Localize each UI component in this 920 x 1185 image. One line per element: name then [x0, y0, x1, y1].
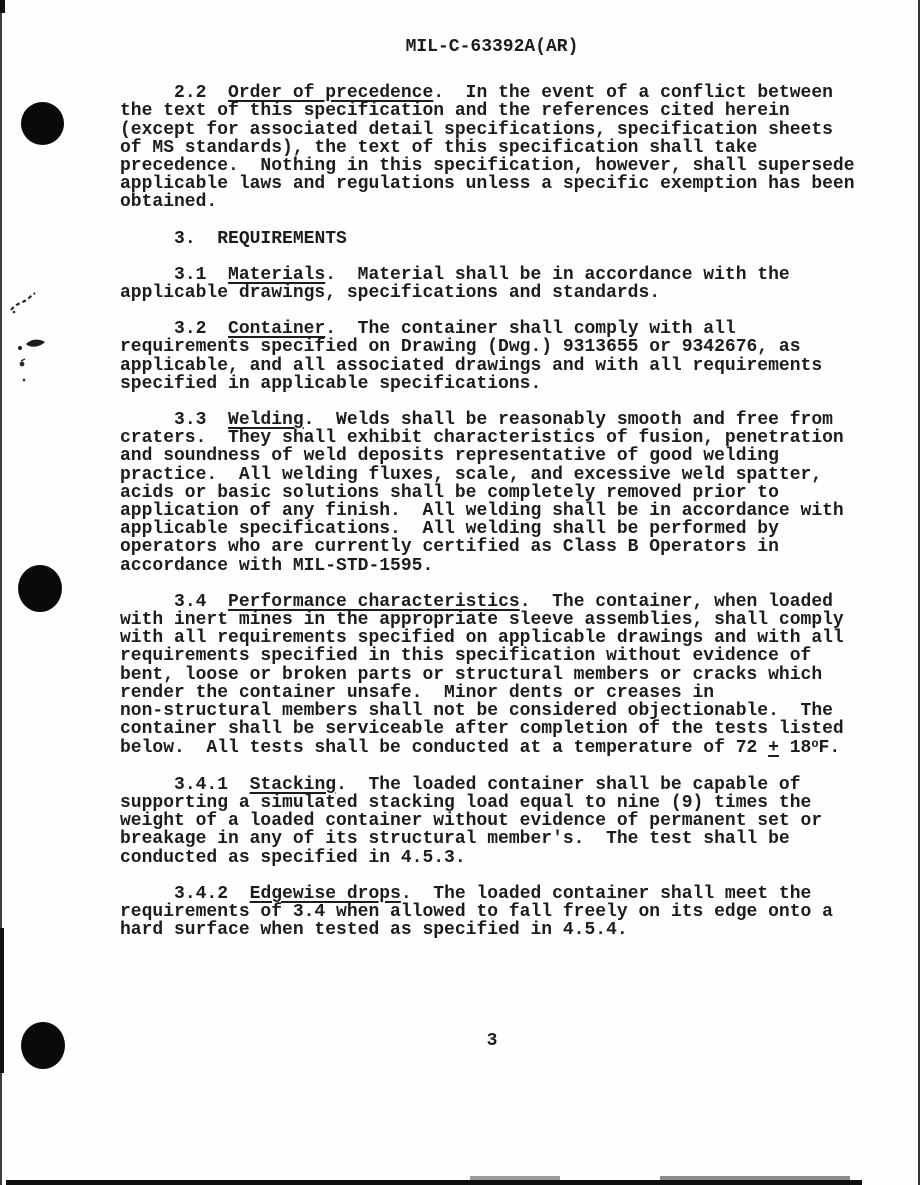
- para-3-4-1-stacking: 3.4.1 Stacking. The loaded container sha…: [120, 776, 864, 867]
- body-text: . Welds shall be reasonably smooth and f…: [120, 410, 844, 576]
- body-text: 3.4: [120, 592, 228, 612]
- body-text: 3.4.1: [120, 775, 250, 795]
- para-3-4-performance-characteristics: 3.4 Performance characteristics. The con…: [120, 593, 864, 758]
- body-text: 3.4.2: [120, 884, 250, 904]
- body-text: 3.2: [120, 319, 228, 339]
- para-3-3-welding: 3.3 Welding. Welds shall be reasonably s…: [120, 411, 864, 575]
- scan-edge-left-thick: [0, 928, 4, 1073]
- document-page: MIL-C-63392A(AR) 2.2 Order of precedence…: [0, 0, 920, 1185]
- underlined-text: Order of precedence: [228, 83, 433, 103]
- underlined-text: +: [768, 738, 779, 758]
- page-number: 3: [120, 1032, 864, 1050]
- underlined-text: Edgewise drops: [250, 884, 401, 904]
- punch-hole-icon: [21, 1022, 65, 1069]
- para-3-4-2-edgewise-drops: 3.4.2 Edgewise drops. The loaded contain…: [120, 885, 864, 940]
- document-id-header: MIL-C-63392A(AR): [120, 38, 864, 56]
- body-text: . The container, when loaded with inert …: [120, 592, 844, 758]
- scan-corner-mark: [0, 0, 5, 13]
- para-3-2-container: 3.2 Container. The container shall compl…: [120, 320, 864, 393]
- punch-hole-icon: [21, 102, 64, 145]
- underlined-text: Stacking: [250, 775, 336, 795]
- para-3-1-materials: 3.1 Materials. Material shall be in acco…: [120, 266, 864, 302]
- body-text: 3. REQUIREMENTS: [120, 229, 347, 249]
- ink-smudge-icon: [8, 288, 46, 316]
- body-text: 3.1: [120, 265, 228, 285]
- para-3-requirements-heading: 3. REQUIREMENTS: [120, 230, 864, 248]
- body-text: F.: [819, 738, 841, 758]
- scan-edge-bottom: [6, 1180, 862, 1185]
- paragraphs-container: 2.2 Order of precedence. In the event of…: [120, 84, 864, 939]
- body-text: . In the event of a conflict between the…: [120, 83, 855, 212]
- document-body: MIL-C-63392A(AR) 2.2 Order of precedence…: [120, 38, 864, 957]
- scan-smear: [660, 1176, 850, 1180]
- underlined-text: Welding: [228, 410, 304, 430]
- scan-smear: [470, 1176, 560, 1180]
- body-text: 18: [779, 738, 811, 758]
- underlined-text: Performance characteristics: [228, 592, 520, 612]
- underlined-text: Materials: [228, 265, 325, 285]
- body-text: 2.2: [120, 83, 228, 103]
- body-text: 3.3: [120, 410, 228, 430]
- punch-hole-icon: [18, 565, 62, 612]
- ink-smudge-icon: [12, 330, 52, 386]
- para-2-2-order-of-precedence: 2.2 Order of precedence. In the event of…: [120, 84, 864, 211]
- superscript-text: o: [811, 735, 818, 753]
- underlined-text: Container: [228, 319, 325, 339]
